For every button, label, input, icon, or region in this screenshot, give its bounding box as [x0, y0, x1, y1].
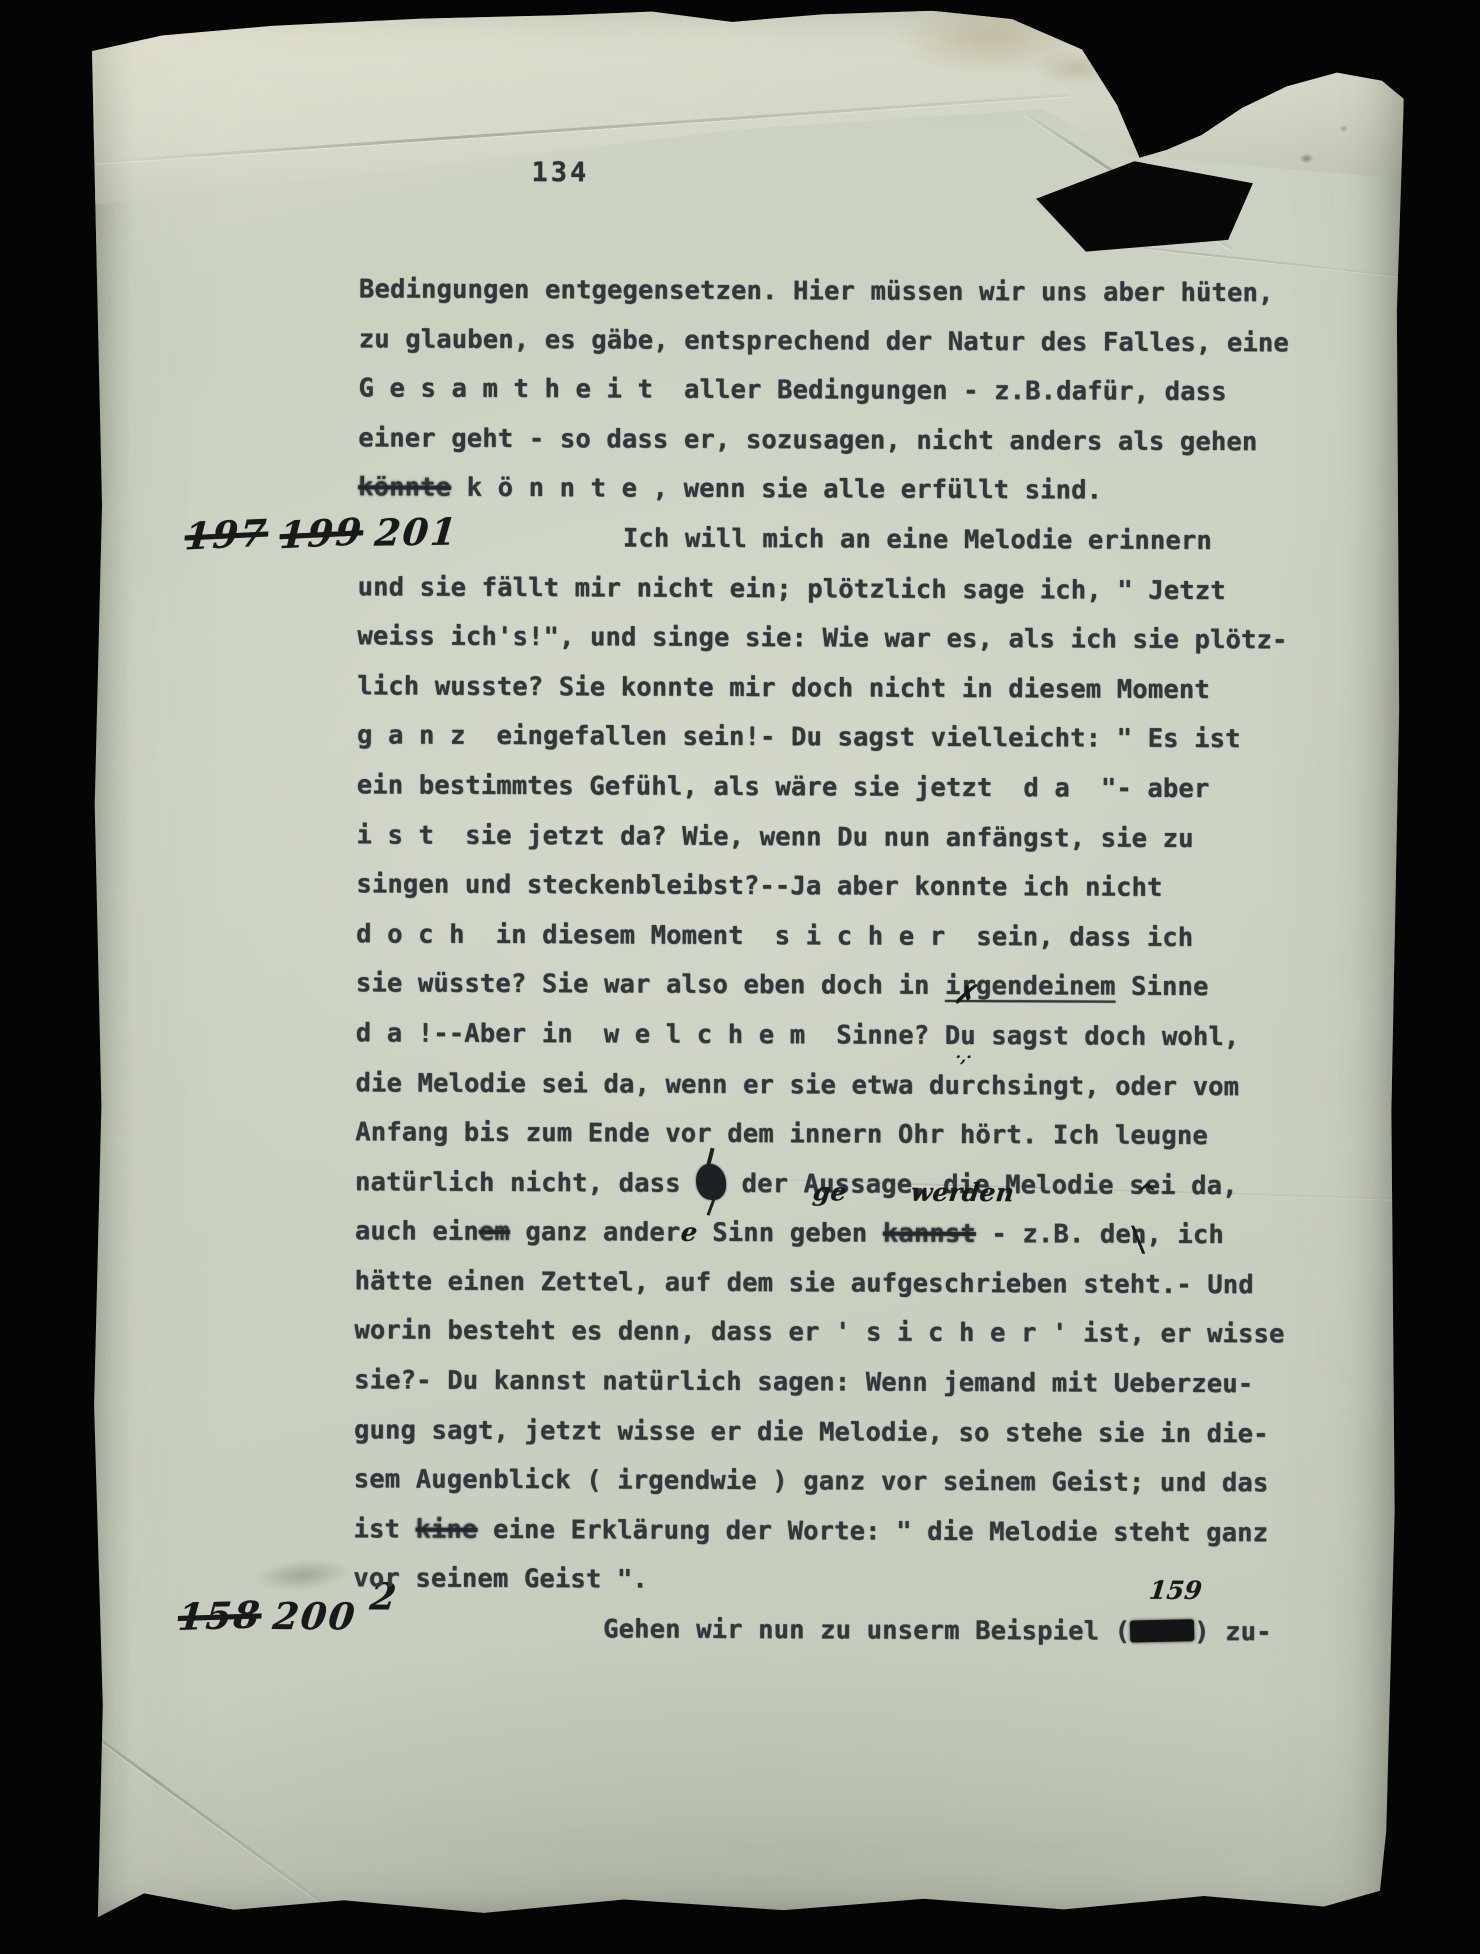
typed-text: Du — [945, 1021, 976, 1051]
typed-text — [867, 1219, 883, 1249]
annotated-text: Du✗·,· — [945, 1012, 976, 1062]
typed-line: gung sagt, jetzt wisse er die Melodie, s… — [354, 1406, 1314, 1460]
typed-text: die Melodie sei da, wenn er sie etwa dur… — [355, 1068, 1239, 1102]
typed-text: natürlich nicht, dass — [355, 1167, 696, 1198]
struck-text: kine — [416, 1514, 478, 1544]
typed-text: d o c h in diesem Moment s i c h e r sei… — [356, 919, 1193, 953]
typed-text: weiss ich's!", und singe sie: Wie war es… — [357, 621, 1287, 655]
typed-text: geben — [790, 1218, 868, 1248]
redacted-number — [1130, 1619, 1194, 1642]
typed-text: gung sagt, jetzt wisse er die Melodie, s… — [354, 1415, 1269, 1449]
typed-line: auch einem ganz andere Sinn gebenge kann… — [355, 1208, 1315, 1262]
typed-text: sie wüsste? Sie war also eben doch in — [356, 969, 945, 1002]
struck-text: kannst — [883, 1219, 976, 1249]
crease-line — [85, 5, 94, 1685]
typed-text: vor seinem Geist ". — [353, 1564, 648, 1595]
struck-text: em — [479, 1217, 510, 1247]
annotated-text: gebenge — [790, 1209, 868, 1259]
typed-line: hätte einen Zettel, auf dem sie aufgesch… — [355, 1257, 1315, 1311]
typed-text: Bedingungen entgegensetzen. Hier müssen … — [359, 274, 1274, 308]
typed-line: d o c h in diesem Moment s i c h e r sei… — [356, 910, 1316, 964]
struck-handwritten-number: 197 — [184, 511, 270, 559]
typed-text: Sinn — [697, 1218, 790, 1248]
typed-line: Bedingungen entgegensetzen. Hier müssen … — [359, 265, 1319, 319]
typed-text: ist — [353, 1514, 415, 1544]
typed-text: sie?- Du kannst natürlich sagen: Wenn je… — [354, 1365, 1253, 1399]
typed-text: lich wusste? Sie konnte mir doch nicht i… — [357, 671, 1210, 705]
handwritten-annotation: ge — [812, 1180, 848, 1205]
struck-handwritten-number: 158 — [176, 1592, 263, 1638]
typed-text: singen und steckenbleibst?--Ja aber konn… — [356, 869, 1162, 903]
typed-text: Ich will mich an eine Melodie erinnern — [623, 523, 1212, 556]
typed-line: Anfang bis zum Ende vor dem innern Ohr h… — [355, 1108, 1315, 1162]
handwritten-annotation: e — [678, 1209, 700, 1259]
typed-text: ein bestimmtes Gefühl, als wäre sie jetz… — [357, 770, 1210, 804]
typed-text: d a !--Aber in w e l c h e m Sinne? — [356, 1018, 945, 1051]
typed-text: einer geht - so dass er, sozusagen, nich… — [358, 423, 1257, 457]
typed-text: - z.B. de — [976, 1219, 1131, 1250]
typed-line: ist kine eine Erklärung der Worte: " die… — [353, 1505, 1313, 1559]
typed-line: weiss ich's!", und singe sie: Wie war es… — [357, 612, 1317, 666]
typed-line: d a !--Aber in w e l c h e m Sinne? Du✗·… — [356, 1009, 1316, 1063]
typed-text: , ich — [1146, 1220, 1224, 1250]
typed-line: worin besteht es denn, dass er ' s i c h… — [354, 1307, 1314, 1361]
typed-line: die Melodie sei da, wenn er sie etwa dur… — [355, 1059, 1315, 1113]
typed-text: i s t sie jetzt da? Wie, wenn Du nun anf… — [357, 820, 1194, 854]
typed-line: einer geht - so dass er, sozusagen, nich… — [358, 414, 1318, 468]
typed-line: Gehen wir nun zu unserm Beispiel (159) z… — [353, 1604, 1313, 1658]
typed-text: Anfang bis zum Ende vor dem innern Ohr h… — [355, 1117, 1208, 1151]
typed-line: ein bestimmtes Gefühl, als wäre sie jetz… — [357, 761, 1317, 815]
handwritten-annotation: 200 — [271, 1594, 359, 1638]
typed-line: zu glauben, es gäbe, entsprechend der Na… — [359, 315, 1319, 369]
typed-line: lich wusste? Sie konnte mir doch nicht i… — [357, 662, 1317, 716]
typed-text: eine Erklärung der Worte: " die Melodie … — [478, 1515, 1269, 1548]
document-scan: 134 197199201 1582002 Bedingungen entgeg… — [0, 0, 1480, 1954]
typed-line: und sie fällt mir nicht ein; plötzlich s… — [358, 563, 1318, 617]
typed-text: sagst doch wohl, — [976, 1021, 1240, 1052]
annotated-text: 159 — [1130, 1608, 1194, 1658]
typed-line: sie wüsste? Sie war also eben doch in ir… — [356, 960, 1316, 1014]
typed-text: Sinne — [1115, 972, 1208, 1002]
typed-text: Gehen wir nun zu unserm Beispiel ( — [603, 1614, 1130, 1646]
typed-text: hätte einen Zettel, auf dem sie aufgesch… — [355, 1266, 1254, 1300]
handwritten-annotation: werden — [910, 1180, 1016, 1205]
ink-scribble — [696, 1163, 726, 1199]
manuscript-page: 134 197199201 1582002 Bedingungen entgeg… — [84, 5, 1404, 1937]
typed-text: k ö n n t e , wenn sie alle erfüllt sind… — [451, 473, 1102, 506]
page-number: 134 — [531, 157, 589, 188]
typed-line: i s t sie jetzt da? Wie, wenn Du nun anf… — [356, 811, 1316, 865]
typed-line: sem Augenblick ( irgendwie ) ganz vor se… — [354, 1456, 1314, 1510]
typed-line: könnte k ö n n t e , wenn sie alle erfül… — [358, 464, 1318, 518]
typed-text: ganz ander — [510, 1217, 681, 1248]
typed-line: g a n z eingefallen sein!- Du sagst viel… — [357, 712, 1317, 766]
typed-text: n — [1131, 1220, 1147, 1250]
typed-line: singen und steckenbleibst?--Ja aber konn… — [356, 860, 1316, 914]
handwritten-annotation: ^ — [1134, 1181, 1158, 1206]
typed-text: g a n z eingefallen sein!- Du sagst viel… — [357, 721, 1241, 755]
typed-text: worin besteht es denn, dass er ' s i c h… — [354, 1316, 1284, 1350]
typed-line: G e s a m t h e i t aller Bedingungen - … — [358, 365, 1318, 419]
typed-text: sem Augenblick ( irgendwie ) ganz vor se… — [354, 1465, 1269, 1499]
handwritten-mark: ·,· — [955, 1050, 973, 1065]
handwritten-annotation: 159 — [1148, 1578, 1203, 1603]
crease-line — [54, 1705, 322, 1903]
typed-line: sie?- Du kannst natürlich sagen: Wenn je… — [354, 1356, 1314, 1410]
struck-text: könnte — [358, 473, 451, 503]
typed-text: zu glauben, es gäbe, entsprechend der Na… — [359, 324, 1289, 358]
annotated-text: kannstwerden — [883, 1210, 976, 1260]
typewritten-text-block: Bedingungen entgegensetzen. Hier müssen … — [353, 265, 1319, 1658]
annotated-text: n^ — [1131, 1211, 1147, 1261]
typed-text: auch ein — [355, 1217, 479, 1248]
typed-text: G e s a m t h e i t aller Bedingungen - … — [358, 374, 1226, 408]
handwritten-annotation: ✗ — [953, 982, 977, 1007]
typed-line: Ich will mich an eine Melodie erinnern — [358, 513, 1318, 567]
struck-handwritten-number: 199 — [279, 509, 365, 557]
typed-text: und sie fällt mir nicht ein; plötzlich s… — [358, 572, 1226, 606]
typed-text: ) zu- — [1194, 1617, 1272, 1647]
